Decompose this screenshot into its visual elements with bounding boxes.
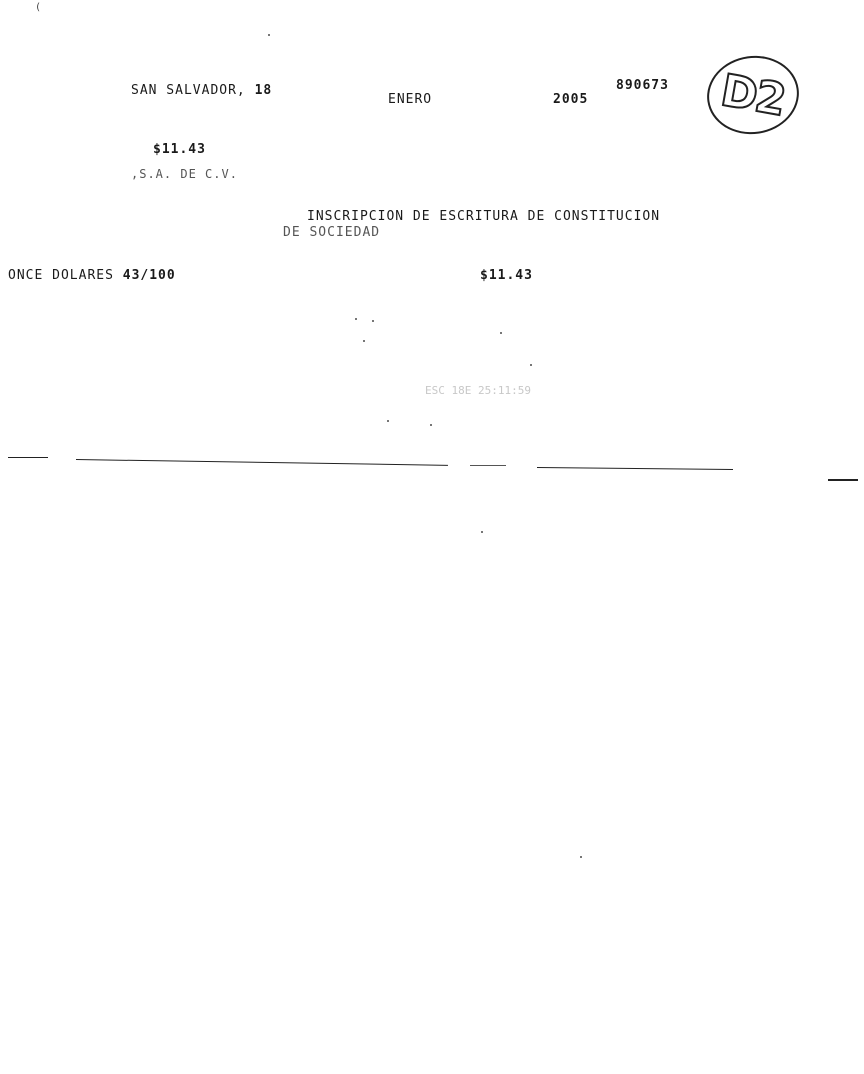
- scan-speck: [372, 320, 374, 322]
- year: 2005: [553, 92, 588, 107]
- signature-line: [537, 467, 733, 470]
- receipt-number: 890673: [616, 78, 669, 93]
- concept-line-1: INSCRIPCION DE ESCRITURA DE CONSTITUCION: [307, 209, 660, 224]
- validation-stamp: ESC 18E 25:11:59: [425, 383, 531, 398]
- concept-line-2: DE SOCIEDAD: [283, 225, 380, 240]
- scan-speck: [355, 318, 357, 320]
- scan-speck: [530, 364, 532, 366]
- signature-line: [470, 465, 506, 466]
- amount-words-text: ONCE DOLARES: [8, 268, 114, 283]
- scan-speck: [430, 424, 432, 426]
- scan-speck: [481, 531, 483, 533]
- d2-stamp-icon: D2: [702, 50, 804, 140]
- amount-total: $11.43: [480, 268, 533, 283]
- amount-in-words: ONCE DOLARES 43/100: [8, 268, 176, 283]
- stamp-label: D2: [717, 64, 788, 125]
- scan-speck: [580, 856, 582, 858]
- signature-line: [76, 459, 448, 466]
- month: ENERO: [388, 92, 432, 107]
- signature-line: [828, 479, 858, 481]
- amount-cents: 43/100: [123, 268, 176, 283]
- day: 18: [255, 83, 273, 98]
- payer-name: ,S.A. DE C.V.: [131, 167, 238, 182]
- scan-speck: [387, 420, 389, 422]
- signature-line: [8, 457, 48, 458]
- scan-artifact-mark: (: [35, 0, 42, 15]
- place-and-day: SAN SALVADOR, 18: [131, 83, 272, 98]
- scan-speck: [500, 332, 502, 334]
- place: SAN SALVADOR,: [131, 83, 246, 98]
- amount: $11.43: [153, 142, 206, 157]
- scan-speck: [363, 340, 365, 342]
- scan-speck: [268, 34, 270, 36]
